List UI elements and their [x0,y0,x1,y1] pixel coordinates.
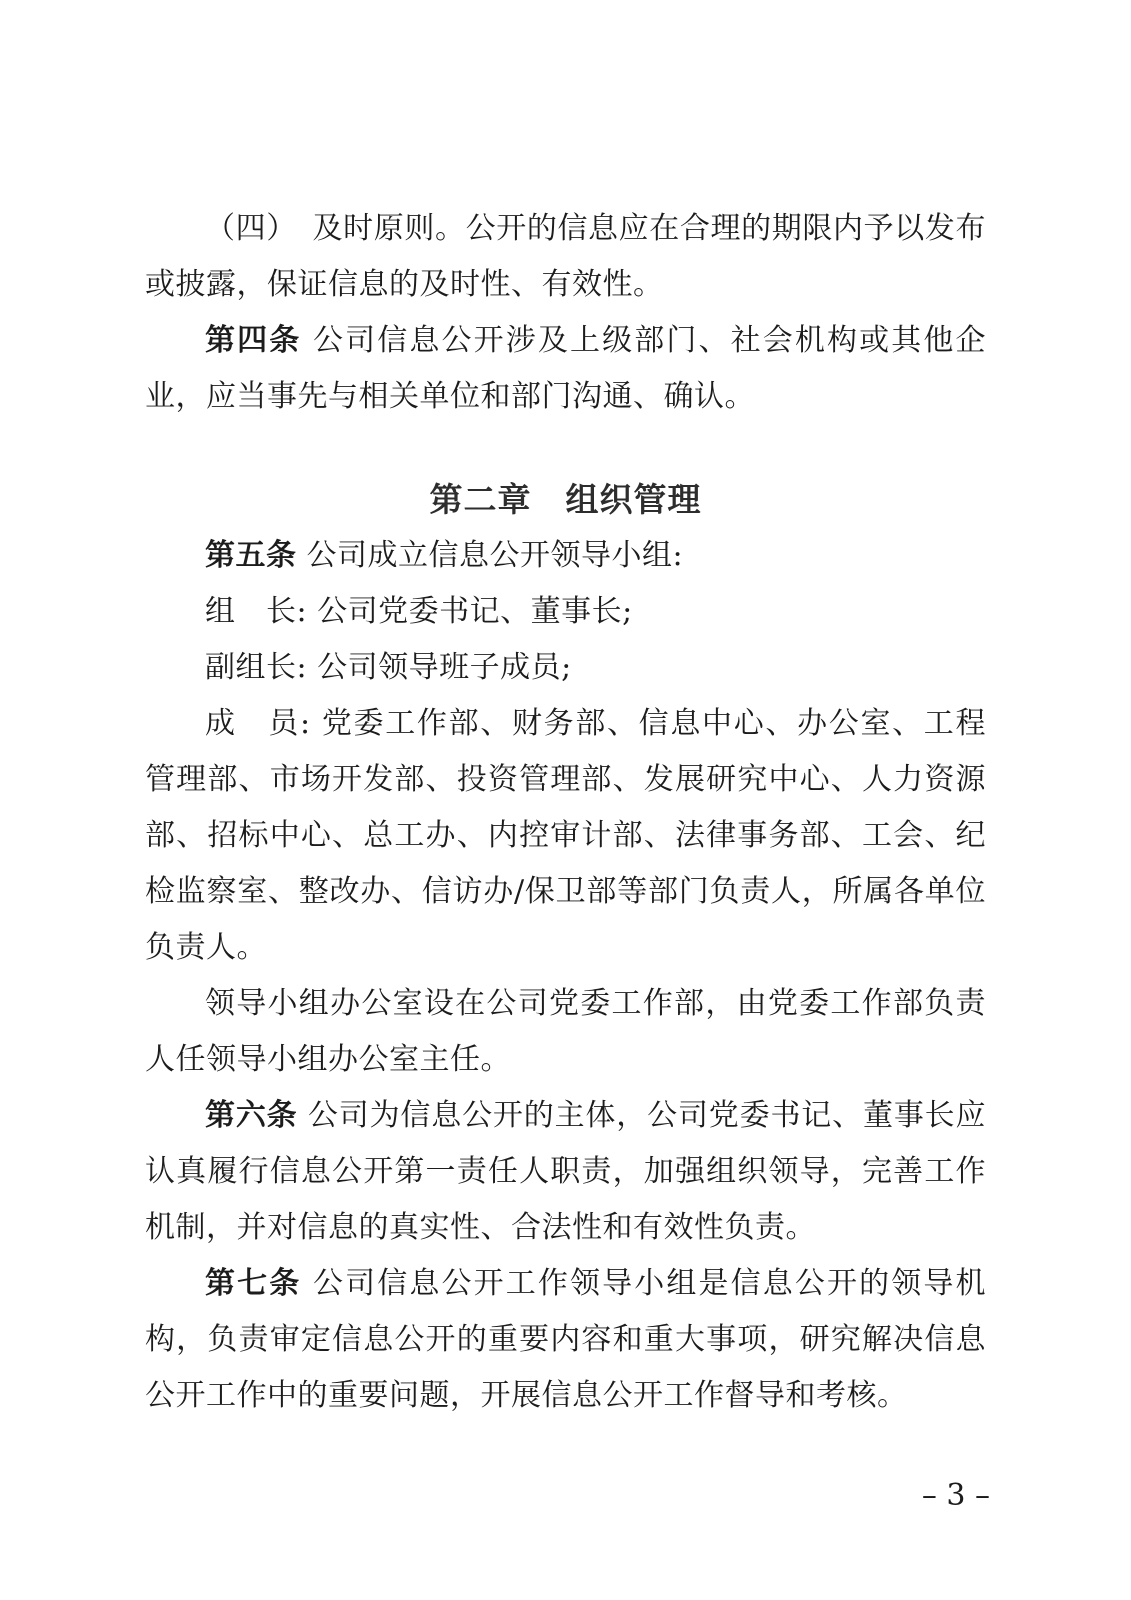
para-clause-7: 第七条 公司信息公开工作领导小组是信息公开的领导机构，负责审定信息公开的重要内容… [145,1256,986,1424]
para-leading-group-office: 领导小组办公室设在公司党委工作部，由党委工作部负责人任领导小组办公室主任。 [145,976,986,1088]
para-text: 领导小组办公室设在公司党委工作部，由党委工作部负责人任领导小组办公室主任。 [145,986,986,1077]
page-number: – 3 – [922,1478,990,1514]
para-clause-6: 第六条 公司为信息公开的主体，公司党委书记、董事长应认真履行信息公开第一责任人职… [145,1088,986,1256]
para-text: 副组长: 公司领导班子成员; [205,650,572,685]
para-principle-timeliness: （四） 及时原则。公开的信息应在合理的期限内予以发布或披露，保证信息的及时性、有… [145,201,986,313]
para-text: 成 员: 党委工作部、财务部、信息中心、办公室、工程管理部、市场开发部、投资管理… [145,706,986,965]
para-group-leader: 组 长: 公司党委书记、董事长; [145,584,986,640]
para-members: 成 员: 党委工作部、财务部、信息中心、办公室、工程管理部、市场开发部、投资管理… [145,696,986,976]
para-clause-5: 第五条 公司成立信息公开领导小组: [145,528,986,584]
para-text: 组 长: 公司党委书记、董事长; [205,594,633,629]
chapter-2-heading: 第二章 组织管理 [145,472,986,528]
para-deputy-leader: 副组长: 公司领导班子成员; [145,640,986,696]
clause-4-label: 第四条 [205,323,301,358]
para-text: （四） 及时原则。公开的信息应在合理的期限内予以发布或披露，保证信息的及时性、有… [145,211,986,302]
clause-6-label: 第六条 [205,1098,298,1133]
clause-5-label: 第五条 [205,538,297,573]
para-clause-4: 第四条 公司信息公开涉及上级部门、社会机构或其他企业，应当事先与相关单位和部门沟… [145,313,986,425]
page-content: （四） 及时原则。公开的信息应在合理的期限内予以发布或披露，保证信息的及时性、有… [145,201,986,1424]
document-page: （四） 及时原则。公开的信息应在合理的期限内予以发布或披露，保证信息的及时性、有… [0,0,1131,1600]
para-text: 公司成立信息公开领导小组: [297,538,684,573]
clause-7-label: 第七条 [205,1266,301,1301]
